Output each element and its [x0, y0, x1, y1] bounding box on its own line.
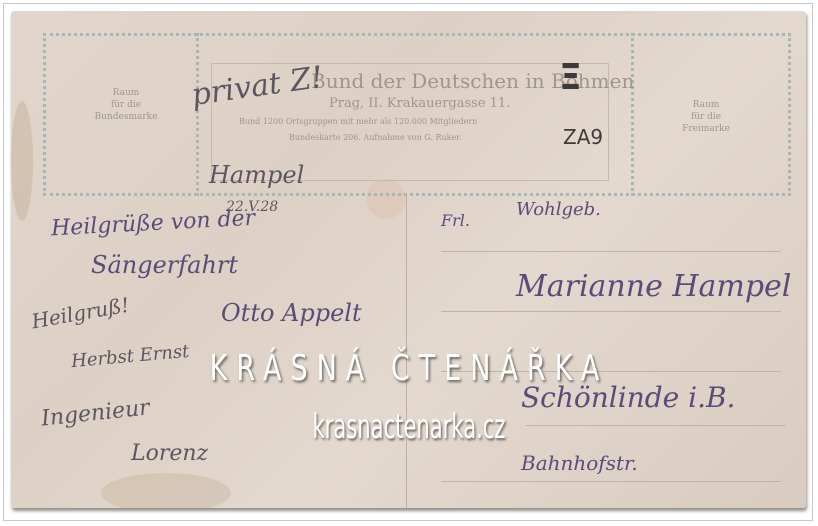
stain — [101, 473, 231, 508]
handwriting-signature-otto: Otto Appelt — [221, 299, 362, 327]
address-line — [441, 251, 781, 252]
address-line — [441, 481, 781, 482]
handwriting-name: Hampel — [209, 161, 304, 189]
handwriting-signature-3: Ingenieur — [40, 395, 151, 431]
handwriting-salutation: Wohlgeb. — [516, 199, 601, 220]
printed-header-line3: Bund 1200 Ortsgruppen mit mehr als 120.0… — [239, 117, 477, 126]
border-divider — [631, 33, 634, 196]
handwriting-heil: Heilgruß! — [30, 293, 131, 334]
handwriting-greeting-2: Sängerfahrt — [91, 251, 238, 279]
address-line — [441, 311, 781, 312]
printed-header-line2: Prag, II. Krakauergasse 11. — [329, 96, 510, 111]
handwriting-title: Frl. — [441, 211, 470, 230]
watermark-url: krasnactenarka.cz — [155, 407, 662, 447]
printed-header-line1: Bund der Deutschen in Böhmen — [311, 69, 634, 93]
handwriting-address-name: Marianne Hampel — [516, 269, 791, 304]
stamp-box-text: Bundesmarke — [61, 111, 191, 123]
handwriting-address-street: Bahnhofstr. — [521, 451, 638, 475]
stain — [11, 101, 33, 221]
postmark-glyph: Ξ — [559, 57, 582, 98]
stamp-box-text: Freimarke — [641, 123, 771, 135]
stamp-box-text: Raum — [641, 99, 771, 111]
handwriting-greeting-1: Heilgrüße von der — [50, 206, 255, 242]
border-divider — [196, 33, 199, 196]
stamp-box-right: Raum für die Freimarke — [641, 99, 771, 135]
watermark-title: KRÁSNÁ ČTENÁŘKA — [102, 348, 716, 389]
printed-header-line4: Bundeskarte 206. Aufnahme von G. Ruker. — [289, 133, 462, 142]
stamp-box-text: Raum — [61, 87, 191, 99]
postmark-mark: ZA9 — [563, 125, 603, 149]
stamp-box-text: für die — [61, 99, 191, 111]
stamp-box-left: Raum für die Bundesmarke — [61, 87, 191, 123]
stamp-box-text: für die — [641, 111, 771, 123]
